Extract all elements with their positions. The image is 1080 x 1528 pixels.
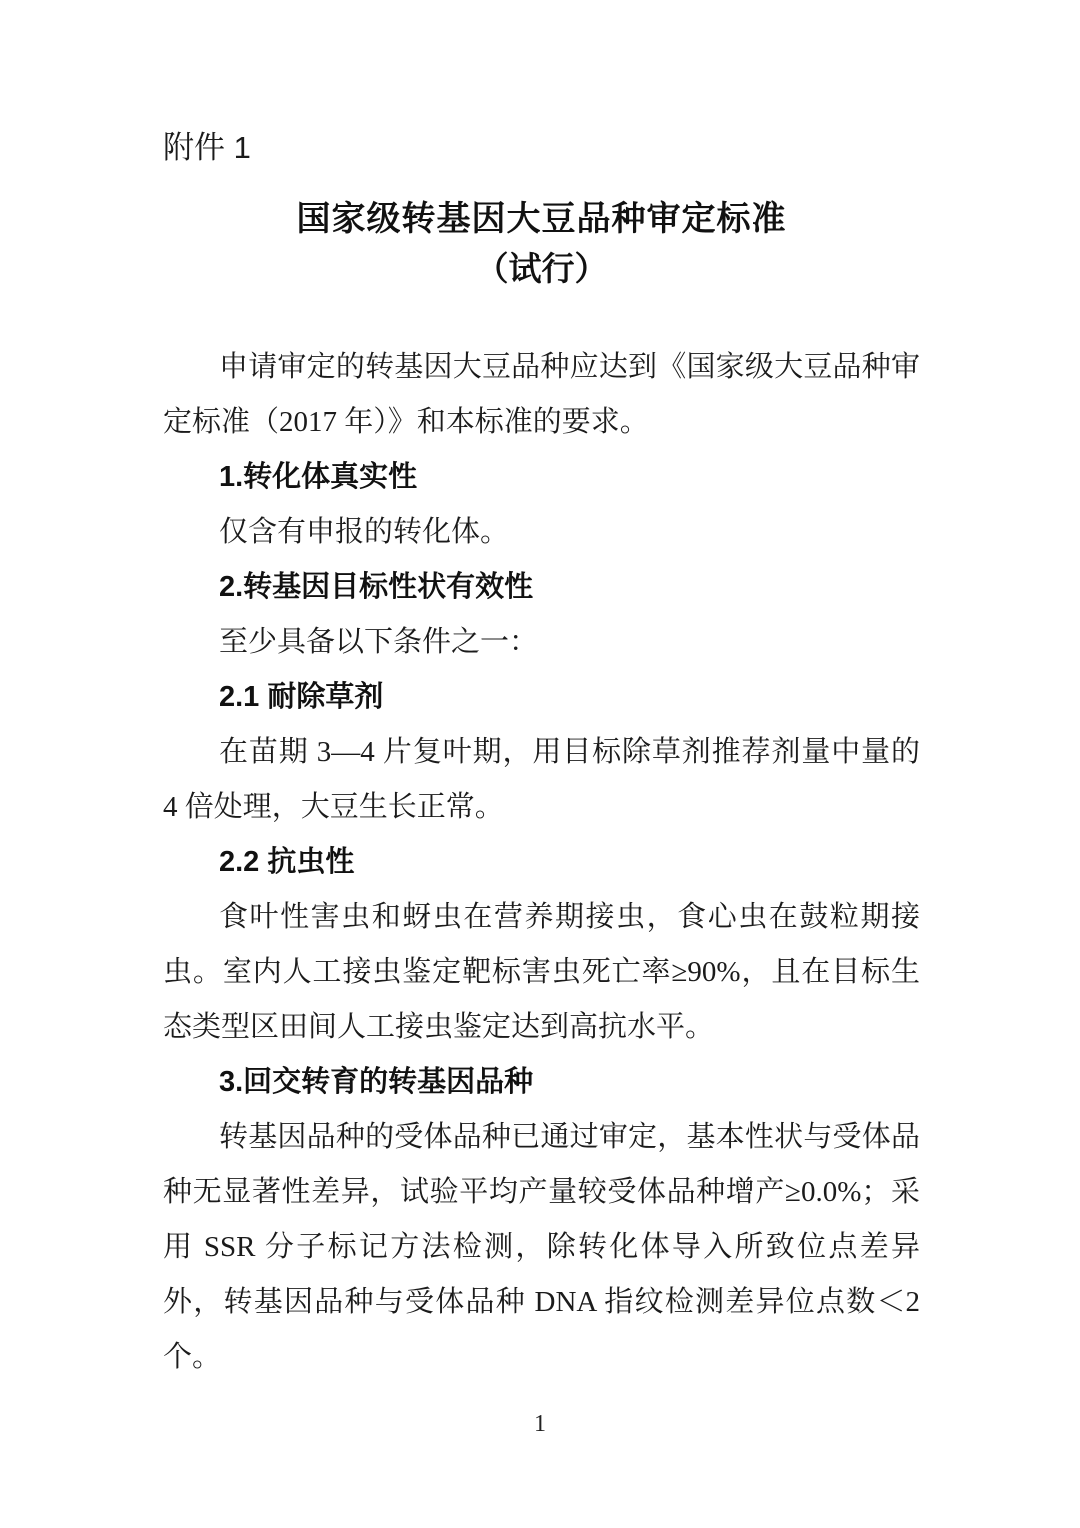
paragraph-section-2-2: 食叶性害虫和蚜虫在营养期接虫，食心虫在鼓粒期接虫。室内人工接虫鉴定靶标害虫死亡率… (163, 890, 920, 1055)
document-subtitle: （试行） (163, 244, 920, 296)
heading-section-2-2: 2.2 抗虫性 (163, 835, 920, 890)
heading-section-2: 2.转基因目标性状有效性 (163, 560, 920, 615)
attachment-label: 附件 1 (163, 128, 920, 168)
heading-section-3: 3.回交转育的转基因品种 (163, 1055, 920, 1110)
page-number: 1 (0, 1408, 1080, 1440)
paragraph-section-1: 仅含有申报的转化体。 (163, 505, 920, 560)
paragraph-section-2-1: 在苗期 3—4 片复叶期，用目标除草剂推荐剂量中量的 4 倍处理，大豆生长正常。 (163, 725, 920, 835)
document-page: 附件 1 国家级转基因大豆品种审定标准 （试行） 申请审定的转基因大豆品种应达到… (0, 0, 1080, 1528)
document-body: 申请审定的转基因大豆品种应达到《国家级大豆品种审定标准（2017 年）》和本标准… (163, 340, 920, 1385)
heading-section-2-1: 2.1 耐除草剂 (163, 670, 920, 725)
paragraph-section-3: 转基因品种的受体品种已通过审定，基本性状与受体品种无显著性差异，试验平均产量较受… (163, 1110, 920, 1385)
paragraph-intro: 申请审定的转基因大豆品种应达到《国家级大豆品种审定标准（2017 年）》和本标准… (163, 340, 920, 450)
paragraph-section-2: 至少具备以下条件之一： (163, 615, 920, 670)
heading-section-1: 1.转化体真实性 (163, 450, 920, 505)
document-content: 附件 1 国家级转基因大豆品种审定标准 （试行） 申请审定的转基因大豆品种应达到… (163, 128, 920, 1385)
document-title: 国家级转基因大豆品种审定标准 (163, 196, 920, 244)
